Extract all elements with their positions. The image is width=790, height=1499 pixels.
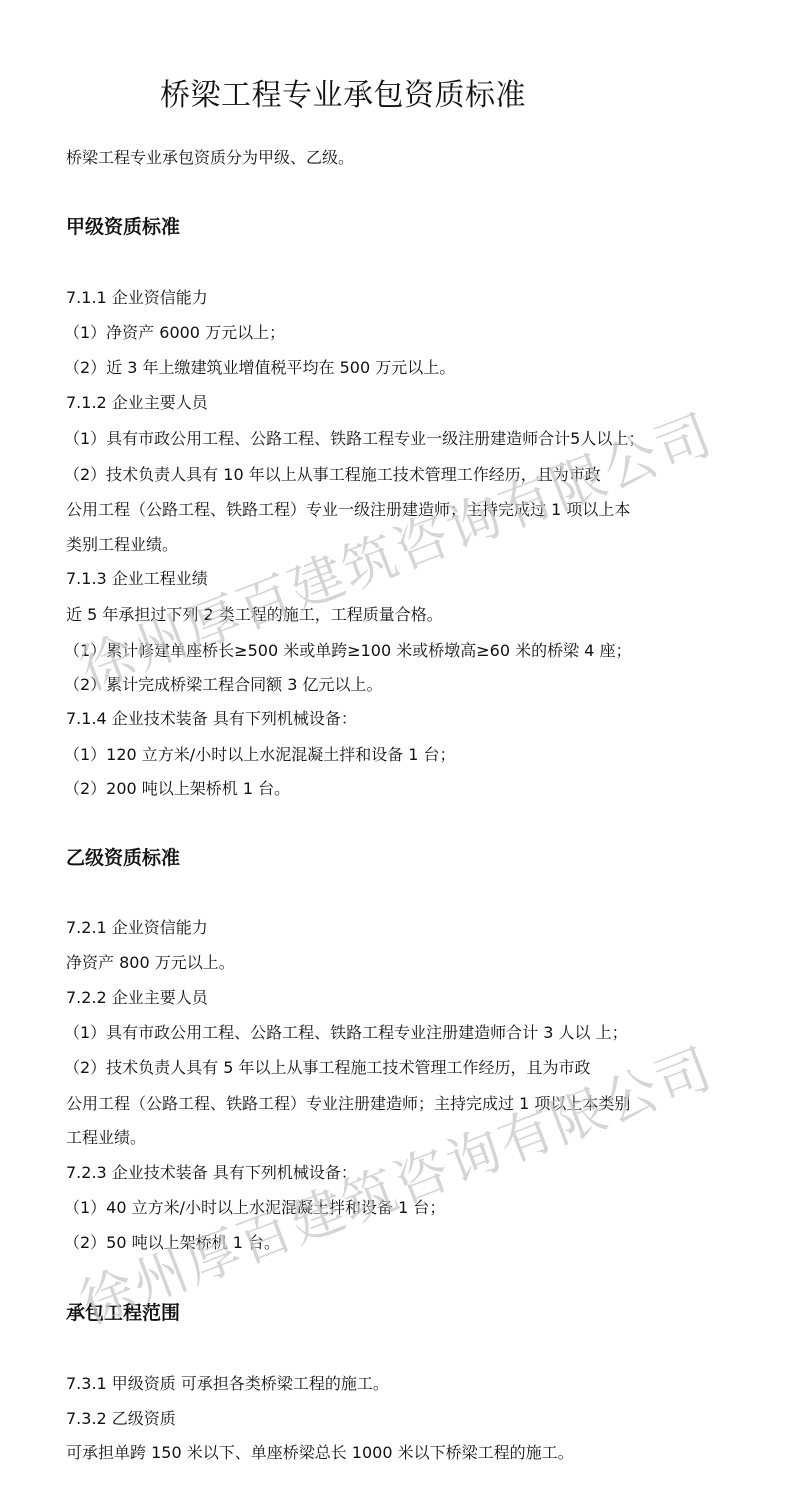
grade-a-line: （2）技术负责人具有 10 年以上从事工程施工技术管理工作经历，且为市政 [64,464,601,486]
document-title: 桥梁工程专业承包资质标准 [160,76,526,116]
grade-b-line: 7.2.3 企业技术装备 具有下列机械设备： [66,1162,357,1184]
scope-line: 7.3.2 乙级资质 [66,1408,176,1430]
grade-a-line: （2）近 3 年上缴建筑业增值税平均在 500 万元以上。 [64,357,455,379]
grade-a-line: 7.1.1 企业资信能力 [66,287,208,309]
grade-a-line: （1）120 立方米/小时以上水泥混凝土拌和设备 1 台； [64,744,456,766]
grade-a-line: 7.1.3 企业工程业绩 [66,568,208,590]
grade-a-line: 7.1.2 企业主要人员 [66,392,208,414]
grade-a-line: （2）累计完成桥梁工程合同额 3 亿元以上。 [64,674,383,696]
grade-b-line: 7.2.2 企业主要人员 [66,987,208,1009]
grade-a-line: （1）具有市政公用工程、公路工程、铁路工程专业一级注册建造师合计5人以上； [64,428,644,450]
grade-a-line: 公用工程（公路工程、铁路工程）专业一级注册建造师；主持完成过 1 项以上本 [66,499,630,521]
scope-line: 可承担单跨 150 米以下、单座桥梁总长 1000 米以下桥梁工程的施工。 [66,1442,574,1464]
grade-a-line: 类别工程业绩。 [66,534,178,556]
grade-b-heading: 乙级资质标准 [66,845,180,871]
grade-a-line: （2）200 吨以上架桥机 1 台。 [64,778,290,800]
grade-a-line: 近 5 年承担过下列 2 类工程的施工，工程质量合格。 [66,604,443,626]
intro-text: 桥梁工程专业承包资质分为甲级、乙级。 [66,147,354,169]
grade-b-line: 净资产 800 万元以上。 [66,952,235,974]
scope-line: 7.3.1 甲级资质 可承担各类桥梁工程的施工。 [66,1373,389,1395]
grade-b-line: 工程业绩。 [66,1127,146,1149]
grade-b-line: （1）具有市政公用工程、公路工程、铁路工程专业注册建造师合计 3 人以 上； [64,1022,628,1044]
grade-a-line: （1）累计修建单座桥长≥500 米或单跨≥100 米或桥墩高≥60 米的桥梁 4… [64,640,631,662]
scope-heading: 承包工程范围 [66,1300,180,1326]
grade-b-line: （1）40 立方米/小时以上水泥混凝土拌和设备 1 台； [64,1197,445,1219]
grade-b-line: （2）50 吨以上架桥机 1 台。 [64,1232,280,1254]
grade-b-line: 7.2.1 企业资信能力 [66,917,208,939]
grade-b-line: （2）技术负责人具有 5 年以上从事工程施工技术管理工作经历，且为市政 [64,1057,591,1079]
grade-a-heading: 甲级资质标准 [66,214,180,240]
grade-a-line: 7.1.4 企业技术装备 具有下列机械设备： [66,708,357,730]
grade-b-line: 公用工程（公路工程、铁路工程）专业注册建造师；主持完成过 1 项以上本类别 [66,1093,630,1115]
document-page: 桥梁工程专业承包资质标准 桥梁工程专业承包资质分为甲级、乙级。 甲级资质标准 7… [0,0,790,1499]
grade-a-line: （1）净资产 6000 万元以上； [64,322,285,344]
